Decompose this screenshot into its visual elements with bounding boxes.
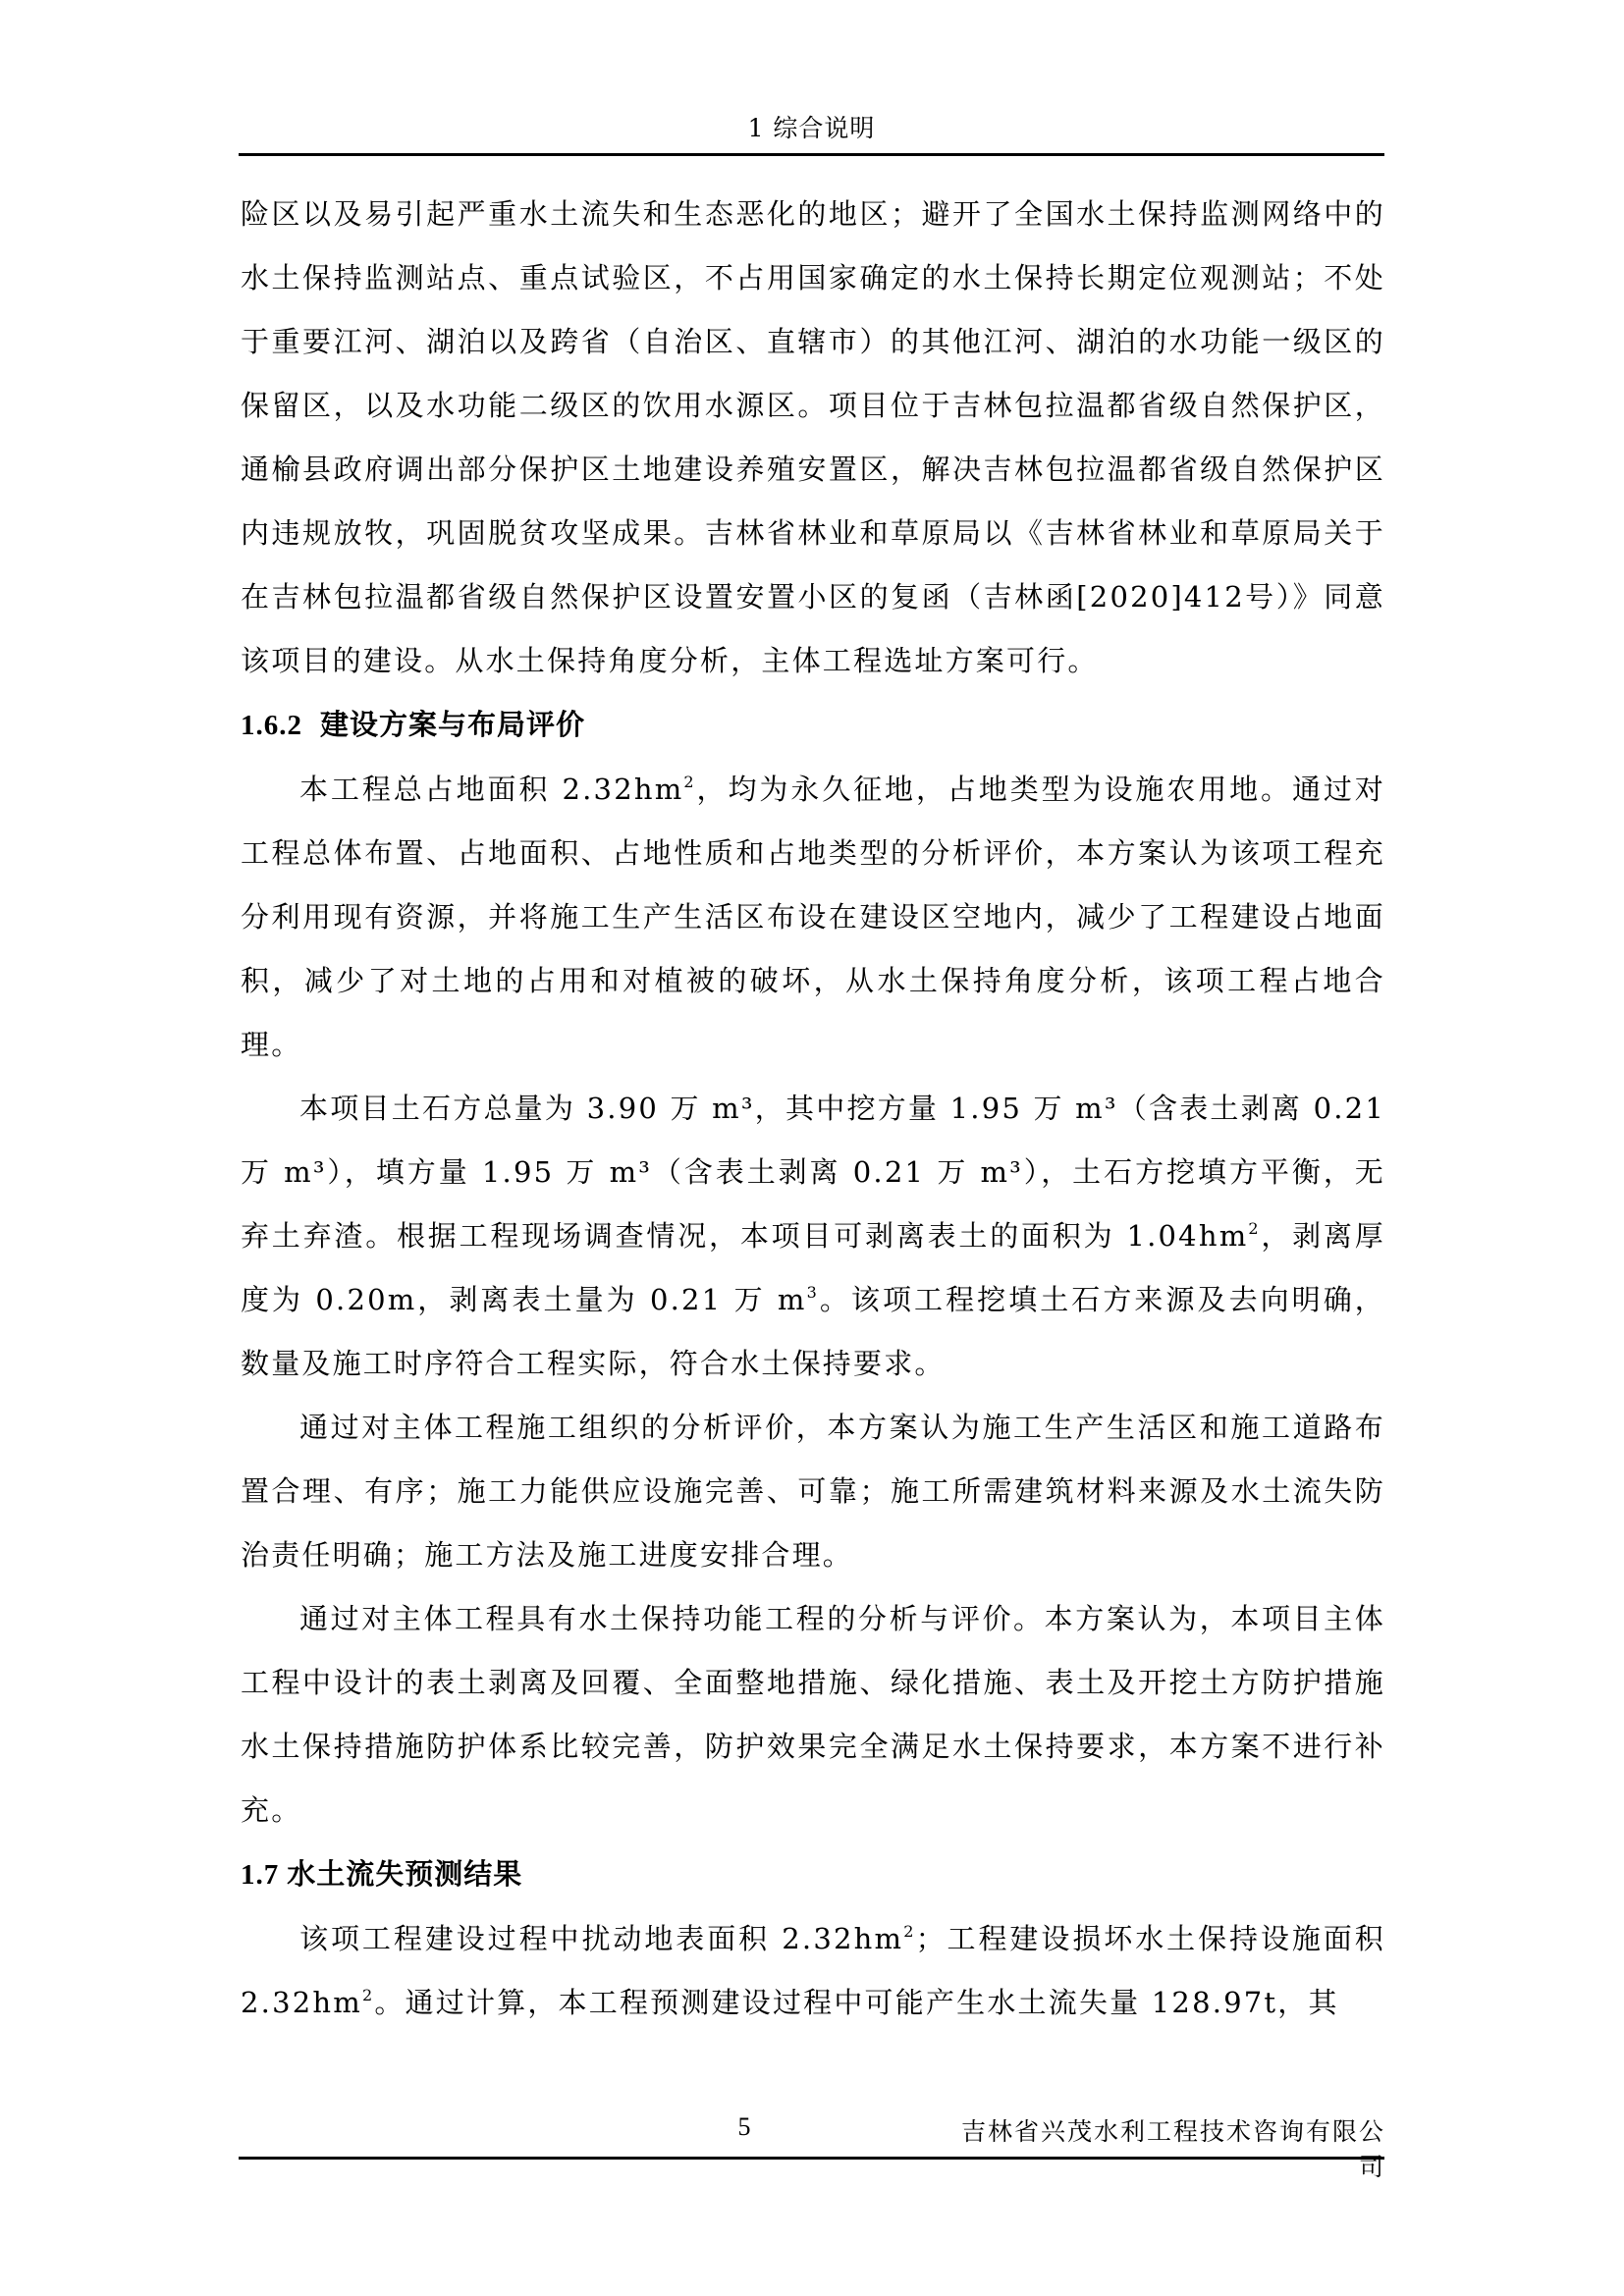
paragraph-land-occupation: 本工程总占地面积 2.32hm2，均为永久征地，占地类型为设施农用地。通过对工程…	[241, 758, 1385, 1077]
section-heading-1-7: 1.7水土流失预测结果	[241, 1842, 1385, 1907]
paragraph-soil-loss-prediction: 该项工程建设过程中扰动地表面积 2.32hm2；工程建设损坏水土保持设施面积 2…	[241, 1907, 1385, 2035]
section-heading-1-6-2: 1.6.2建设方案与布局评价	[241, 693, 1385, 758]
document-page: 1 综合说明 险区以及易引起严重水土流失和生态恶化的地区；避开了全国水土保持监测…	[0, 0, 1624, 2296]
footer-company-name: 吉林省兴茂水利工程技术咨询有限公司	[948, 2112, 1385, 2183]
running-header-chapter-title: 1 综合说明	[239, 114, 1384, 143]
paragraph-site-selection-continued: 险区以及易引起严重水土流失和生态恶化的地区；避开了全国水土保持监测网络中的水土保…	[241, 183, 1385, 693]
paragraph-construction-organization: 通过对主体工程施工组织的分析评价，本方案认为施工生产生活区和施工道路布置合理、有…	[241, 1396, 1385, 1587]
section-title: 建设方案与布局评价	[320, 708, 585, 741]
section-number: 1.6.2	[241, 710, 302, 741]
page-number: 5	[725, 2112, 764, 2142]
footer-rule	[239, 2157, 1384, 2160]
paragraph-earthwork: 本项目土石方总量为 3.90 万 m³，其中挖方量 1.95 万 m³（含表土剥…	[241, 1077, 1385, 1396]
section-title: 水土流失预测结果	[287, 1857, 522, 1891]
header-rule	[239, 153, 1384, 156]
page-content: 险区以及易引起严重水土流失和生态恶化的地区；避开了全国水土保持监测网络中的水土保…	[241, 183, 1385, 2035]
paragraph-soil-conservation-function: 通过对主体工程具有水土保持功能工程的分析与评价。本方案认为，本项目主体工程中设计…	[241, 1587, 1385, 1842]
section-number: 1.7	[241, 1859, 279, 1891]
